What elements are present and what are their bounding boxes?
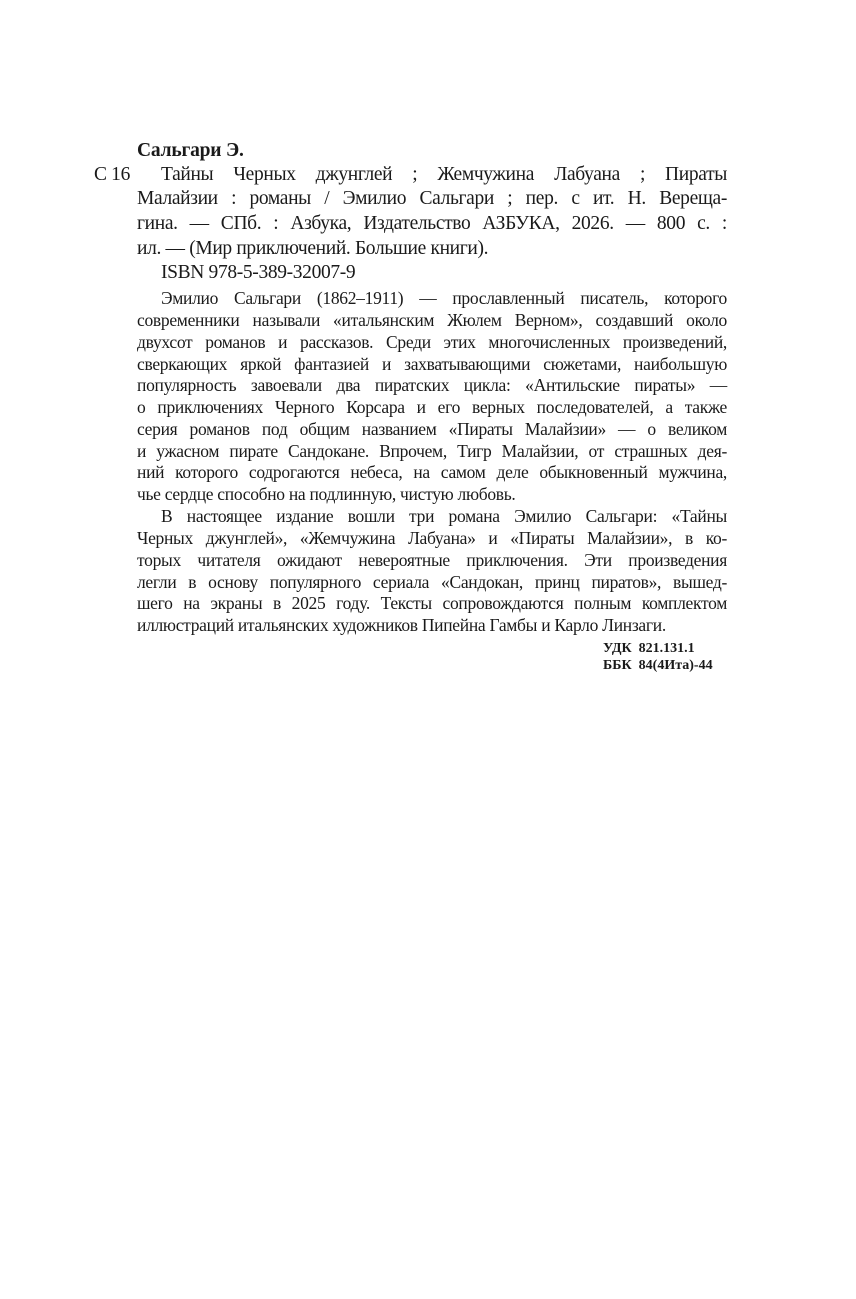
annotation-line: Эмилио Сальгари (1862–1911) — прославлен…: [161, 288, 727, 310]
catalog-card-page: Сальгари Э. С 16 Тайны Черных джунглей ;…: [0, 0, 856, 1299]
bbk-code: ББК 84(4Ита)-44: [603, 657, 713, 674]
annotation-line: чье сердце способно на подлинную, чистую…: [137, 484, 727, 506]
bib-line-1: Тайны Черных джунглей ; Жемчужина Лабуан…: [161, 164, 727, 186]
author-heading: Сальгари Э.: [137, 140, 244, 162]
annotation-line: торых читателя ожидают невероятные прикл…: [137, 550, 727, 572]
annotation-line: серия романов под общим названием «Пират…: [137, 419, 727, 441]
isbn: ISBN 978-5-389-32007-9: [161, 262, 355, 284]
annotation-line: сверкающих яркой фантазией и захватывающ…: [137, 354, 727, 376]
annotation-line: популярность завоевали два пиратских цик…: [137, 375, 727, 397]
annotation-line: Черных джунглей», «Жемчужина Лабуана» и …: [137, 528, 727, 550]
annotation-line: двухсот романов и рассказов. Среди этих …: [137, 332, 727, 354]
annotation-line: современники называли «итальянским Жюлем…: [137, 310, 727, 332]
annotation-line: о приключениях Черного Корсара и его вер…: [137, 397, 727, 419]
annotation-line: ний которого содрогаются небеса, на само…: [137, 462, 727, 484]
annotation-line: шего на экраны в 2025 году. Тексты сопро…: [137, 593, 727, 615]
annotation-line: В настоящее издание вошли три романа Эми…: [161, 506, 727, 528]
bib-line-4: ил. — (Мир приключений. Большие книги).: [137, 238, 727, 260]
shelf-code: С 16: [94, 164, 130, 186]
annotation-line: и ужасном пирате Сандокане. Впрочем, Тиг…: [137, 441, 727, 463]
annotation-line: иллюстраций итальянских художников Пипей…: [137, 615, 727, 637]
bib-line-3: гина. — СПб. : Азбука, Издательство АЗБУ…: [137, 213, 727, 235]
bib-line-2: Малайзии : романы / Эмилио Сальгари ; пе…: [137, 188, 727, 210]
annotation-line: легли в основу популярного сериала «Санд…: [137, 572, 727, 594]
udk-code: УДК 821.131.1: [603, 640, 713, 657]
classification-block: УДК 821.131.1 ББК 84(4Ита)-44: [603, 640, 713, 674]
